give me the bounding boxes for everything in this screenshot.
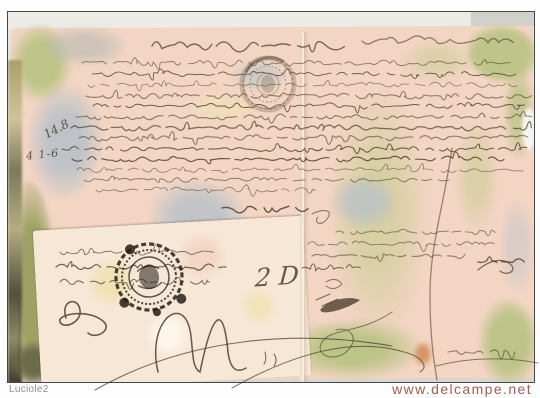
- ink-annotation-price: 2 D: [254, 260, 300, 292]
- photographer-watermark: Luciole2: [9, 384, 49, 395]
- orange-spot: [414, 342, 432, 366]
- moss-stain: [401, 40, 473, 82]
- moss-stain: [456, 122, 498, 232]
- torn-edge-strip: [8, 60, 22, 383]
- photo-listing-image: 2 D 14.8 4 1-6 Luciole2 www.delcampe.net: [0, 0, 540, 398]
- photo-top-corner-shadow: [471, 12, 535, 26]
- cream-stain: [190, 94, 254, 120]
- site-watermark: www.delcampe.net: [392, 381, 532, 397]
- manuscript-photo: [7, 11, 535, 383]
- manuscript-overlapping-sheet: [33, 216, 312, 383]
- moss-stain: [480, 300, 535, 383]
- gray-stain: [232, 60, 286, 92]
- gray-stain: [332, 176, 396, 228]
- cream-stain: [500, 200, 534, 292]
- gray-stain: [42, 26, 126, 66]
- photo-background: [8, 12, 535, 383]
- fold-crease: [299, 32, 309, 382]
- torn-notch: [522, 108, 535, 150]
